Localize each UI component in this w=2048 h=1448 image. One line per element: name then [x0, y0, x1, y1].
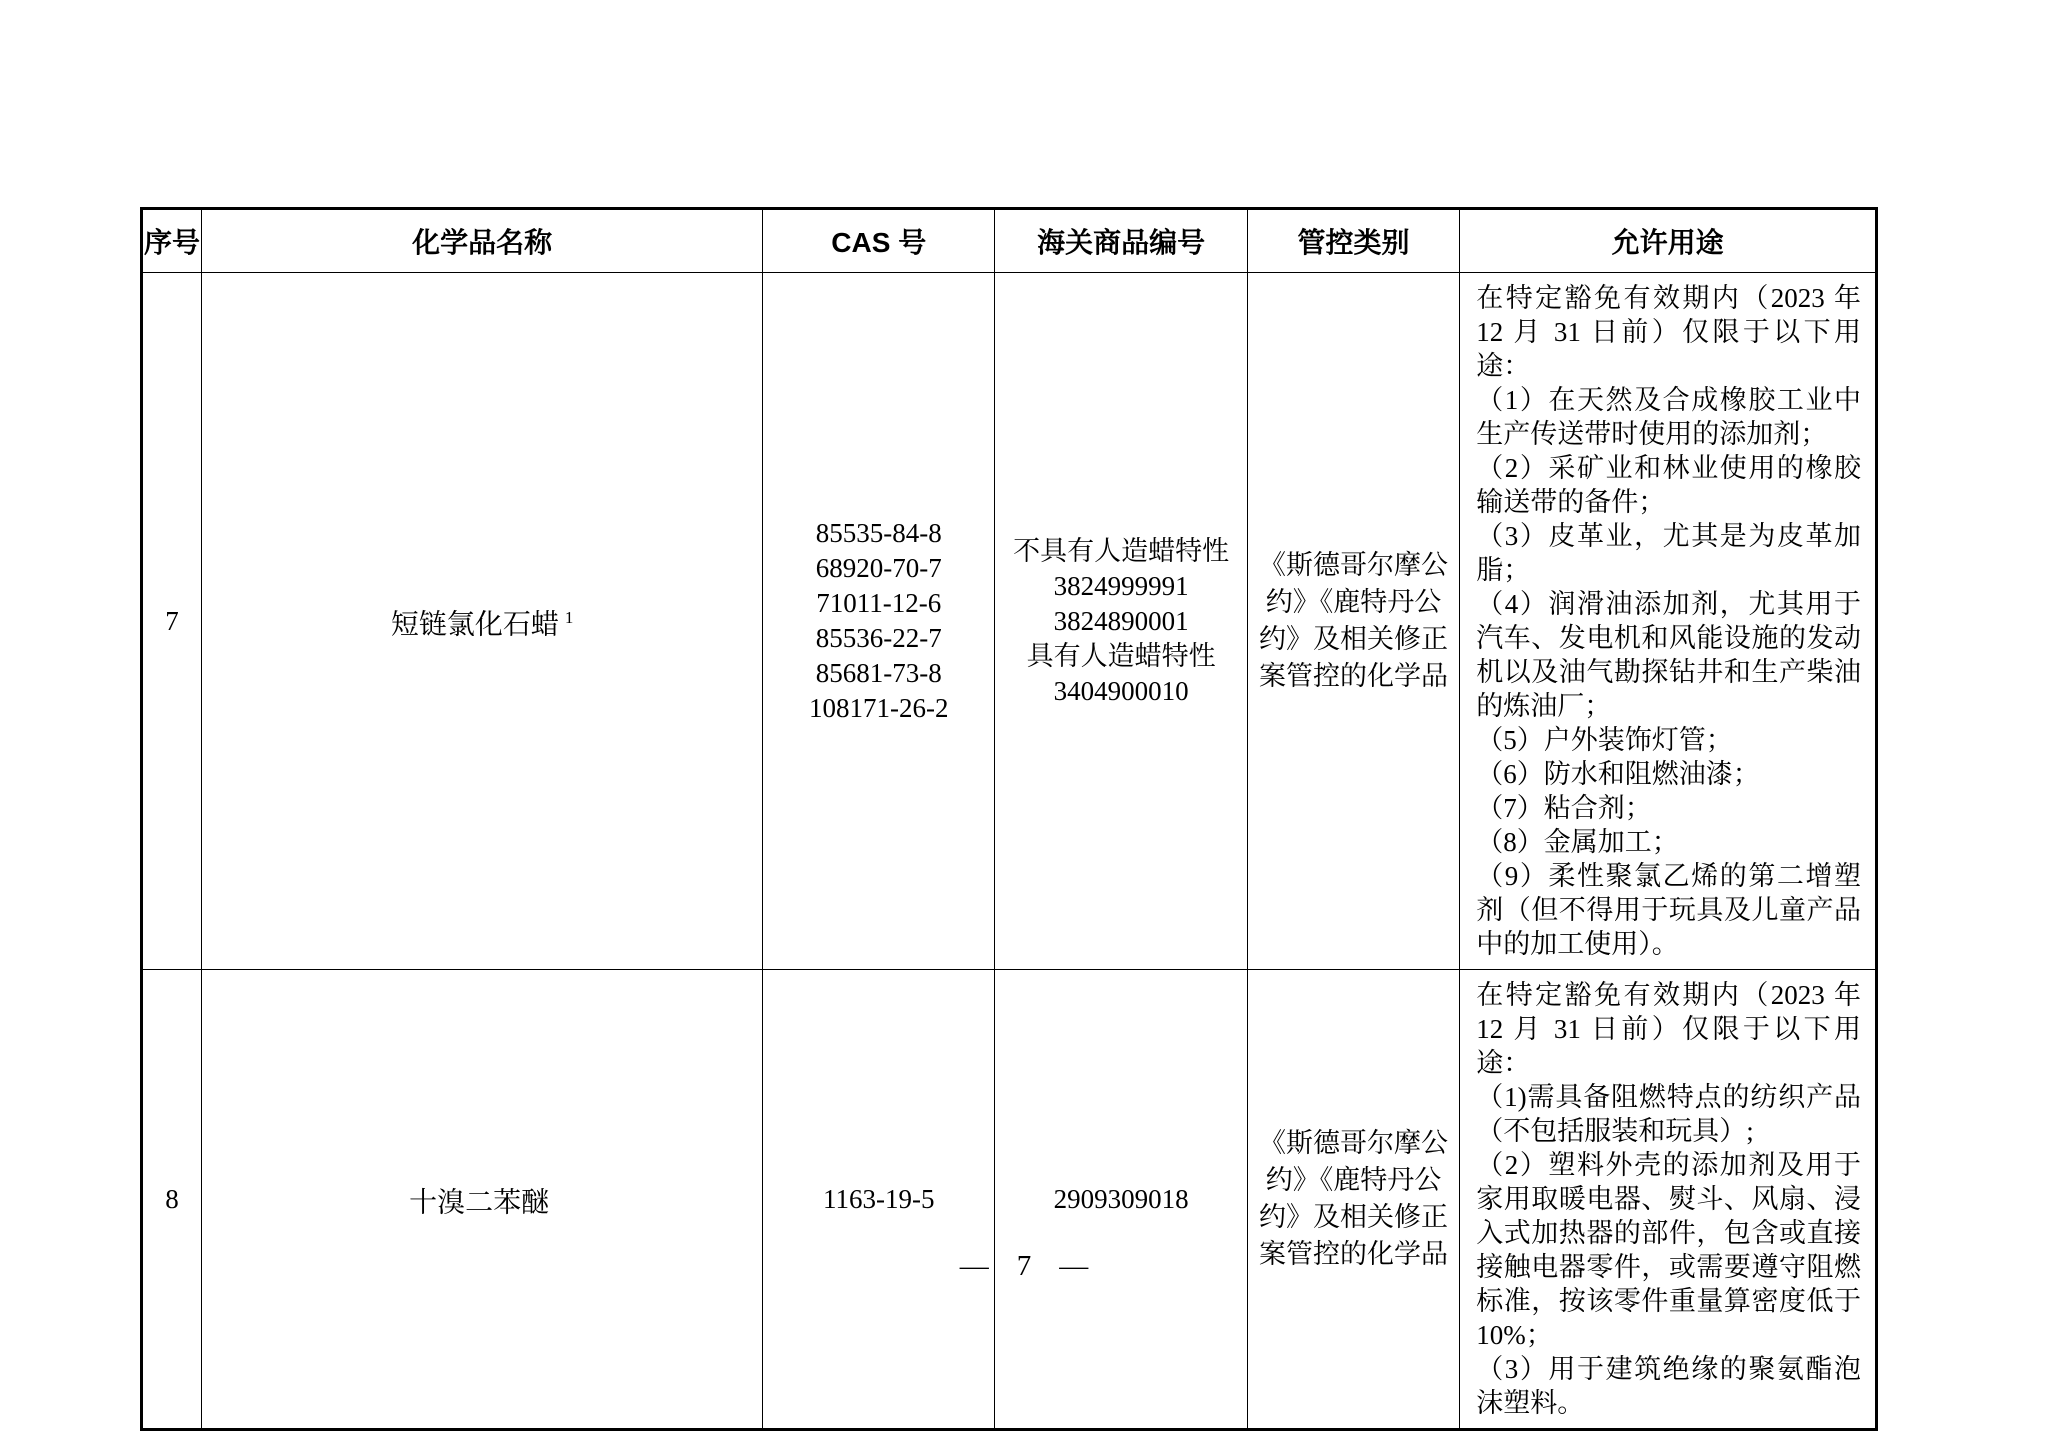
permitted-use-paragraph: （8）金属加工； [1476, 825, 1861, 859]
table-row-7: 7 短链氯化石蜡1 85535-84-868920-70-771011-12-6… [142, 273, 1877, 970]
permitted-use-paragraph: （5）户外装饰灯管； [1476, 723, 1861, 757]
permitted-use-paragraph: （3）皮革业，尤其是为皮革加脂； [1476, 519, 1861, 587]
footer-dash-left: — [960, 1250, 989, 1283]
permitted-use-paragraph: （3）用于建筑绝缘的聚氨酯泡沫塑料。 [1476, 1352, 1861, 1420]
permitted-use-paragraph: （6）防水和阻燃油漆； [1476, 757, 1861, 791]
chemical-name-text: 短链氯化石蜡 [391, 609, 559, 640]
col-header-index: 序号 [142, 209, 202, 273]
cas-number: 85535-84-8 [763, 516, 994, 551]
permitted-use-paragraph: （2）采矿业和林业使用的橡胶输送带的备件； [1476, 451, 1861, 519]
col-header-control-category: 管控类别 [1247, 209, 1459, 273]
cell-control-category: 《斯德哥尔摩公约》《鹿特丹公约》及相关修正案管控的化学品 [1247, 273, 1459, 970]
permitted-use-paragraph: 在特定豁免有效期内（2023 年 12 月 31 日前）仅限于以下用途： [1476, 281, 1861, 383]
permitted-use-paragraph: （7）粘合剂； [1476, 791, 1861, 825]
footnote-marker: 1 [565, 608, 574, 627]
page-footer: — 7 — [0, 1250, 2048, 1283]
customs-code: 3404900010 [995, 674, 1246, 709]
permitted-use-paragraph: 在特定豁免有效期内（2023 年 12 月 31 日前）仅限于以下用途： [1476, 978, 1861, 1080]
customs-code: 2909309018 [995, 1182, 1246, 1217]
cell-cas-numbers: 1163-19-5 [763, 970, 995, 1430]
customs-code: 3824890001 [995, 604, 1246, 639]
cell-chemical-name: 十溴二苯醚 [202, 970, 763, 1430]
table-header-row: 序号 化学品名称 CAS 号 海关商品编号 管控类别 允许用途 [142, 209, 1877, 273]
cell-customs-codes: 2909309018 [995, 970, 1247, 1430]
cell-customs-codes: 不具有人造蜡特性38249999913824890001具有人造蜡特性34049… [995, 273, 1247, 970]
customs-code: 3824999991 [995, 569, 1246, 604]
permitted-use-paragraph: （1)需具备阻燃特点的纺织产品（不包括服装和玩具）; [1476, 1080, 1861, 1148]
col-header-chemical-name: 化学品名称 [202, 209, 763, 273]
table-row-8: 8 十溴二苯醚 1163-19-5 2909309018 《斯德哥尔摩公约》《鹿… [142, 970, 1877, 1430]
cell-index: 8 [142, 970, 202, 1430]
col-header-cas-number: CAS 号 [763, 209, 995, 273]
permitted-use-paragraph: （9）柔性聚氯乙烯的第二增塑剂（但不得用于玩具及儿童产品中的加工使用）。 [1476, 859, 1861, 961]
cas-number: 85536-22-7 [763, 621, 994, 656]
cell-chemical-name: 短链氯化石蜡1 [202, 273, 763, 970]
document-page: 序号 化学品名称 CAS 号 海关商品编号 管控类别 允许用途 7 短链氯化石蜡… [0, 0, 2048, 1448]
cas-number: 71011-12-6 [763, 586, 994, 621]
col-header-customs-code: 海关商品编号 [995, 209, 1247, 273]
cell-permitted-uses: 在特定豁免有效期内（2023 年 12 月 31 日前）仅限于以下用途：（1)需… [1460, 970, 1877, 1430]
permitted-use-paragraph: （1）在天然及合成橡胶工业中生产传送带时使用的添加剂； [1476, 383, 1861, 451]
footer-dash-right: — [1059, 1250, 1088, 1283]
chemical-name-text: 十溴二苯醚 [409, 1187, 549, 1218]
customs-code: 不具有人造蜡特性 [995, 534, 1246, 569]
cell-control-category: 《斯德哥尔摩公约》《鹿特丹公约》及相关修正案管控的化学品 [1247, 970, 1459, 1430]
cas-number: 68920-70-7 [763, 551, 994, 586]
permitted-use-paragraph: （4）润滑油添加剂，尤其用于汽车、发电机和风能设施的发动机以及油气勘探钻井和生产… [1476, 587, 1861, 723]
cas-number: 108171-26-2 [763, 691, 994, 726]
col-header-permitted-uses: 允许用途 [1460, 209, 1877, 273]
customs-code: 具有人造蜡特性 [995, 639, 1246, 674]
cell-index: 7 [142, 273, 202, 970]
cell-permitted-uses: 在特定豁免有效期内（2023 年 12 月 31 日前）仅限于以下用途：（1）在… [1460, 273, 1877, 970]
cas-number: 1163-19-5 [763, 1182, 994, 1217]
page-number: 7 [1017, 1250, 1032, 1283]
cell-cas-numbers: 85535-84-868920-70-771011-12-685536-22-7… [763, 273, 995, 970]
chemicals-table: 序号 化学品名称 CAS 号 海关商品编号 管控类别 允许用途 7 短链氯化石蜡… [140, 207, 1878, 1431]
cas-number: 85681-73-8 [763, 656, 994, 691]
